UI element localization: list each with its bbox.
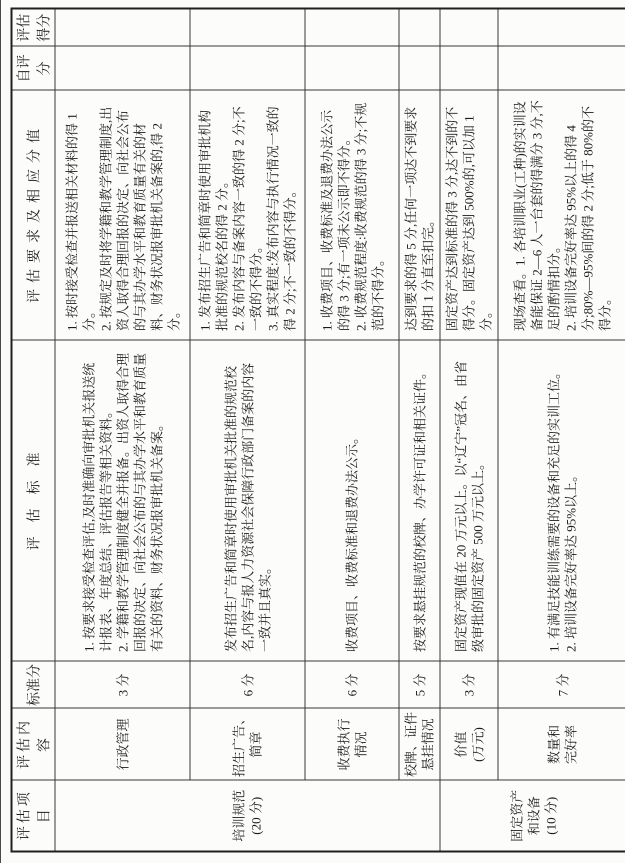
header-project: 评估项目 xyxy=(12,781,56,852)
score-cell: 5 分 xyxy=(399,662,440,709)
content-cell: 校牌、证件 悬挂情况 xyxy=(399,709,440,781)
table-row: 固定资产 和设备 (10 分) 价值 (万元) 3 分 固定资产现值在 20 万… xyxy=(440,9,498,852)
standard-cell: 固定资产现值在 20 万元以上。以“辽宁”冠名、由省级审批的固定资产 500 万… xyxy=(440,341,498,662)
self-score-cell xyxy=(55,47,190,91)
table-row: 收费执行 情况 6 分 收费项目、收费标准和退费办法公示。 1. 收费项目、收费… xyxy=(305,9,399,852)
standard-cell: 发布招生广告和简章时使用审批机关批准的规范校名,内容与报人力资源社会保障行政部门… xyxy=(190,341,305,662)
project-cell-fixed-assets: 固定资产 和设备 (10 分) xyxy=(440,781,625,852)
header-eval-score: 评估 得分 xyxy=(12,9,56,47)
standard-cell: 1. 按要求接受检查评估,及时准确向审批机关报送统计报表、年度总结、评估报告等相… xyxy=(55,341,190,662)
standard-cell: 收费项目、收费标准和退费办法公示。 xyxy=(305,341,399,662)
header-standard-score: 标准分 xyxy=(12,662,56,709)
content-cell: 数量和 完好率 xyxy=(498,709,625,781)
self-score-cell xyxy=(399,47,440,91)
requirement-cell: 1. 收费项目、收费标准及退费办法公示的得 3 分;有一项未公示即不得分。 2.… xyxy=(305,91,399,341)
score-cell: 7 分 xyxy=(498,662,625,709)
content-cell: 招生广告、 简章 xyxy=(190,709,305,781)
score-cell: 6 分 xyxy=(305,662,399,709)
requirement-cell: 1. 发布招生广告和简章时使用审批机构批准的规范校名的得 2 分。 2. 发布内… xyxy=(190,91,305,341)
content-cell: 收费执行 情况 xyxy=(305,709,399,781)
header-self-score: 自评分 xyxy=(12,47,56,91)
header-row: 评估项目 评估内容 标准分 评估标准 评估要求及相应分值 自评分 评估 得分 xyxy=(12,9,56,852)
content-cell: 行政管理 xyxy=(55,709,190,781)
self-score-cell xyxy=(190,47,305,91)
eval-score-cell xyxy=(498,9,625,47)
scan-edge-line xyxy=(0,0,1,863)
requirement-cell: 固定资产达到标准的得 3 分,达不到的不得分。固定资产达到 500%的,可以加 … xyxy=(440,91,498,341)
header-standard: 评估标准 xyxy=(12,341,56,662)
scanned-document-page: 评估项目 评估内容 标准分 评估标准 评估要求及相应分值 自评分 评估 得分 培… xyxy=(0,0,625,863)
requirement-cell: 现场查看。1. 各培训职业(工种)的实训设备能保证 2—6 人一台套的得满分 3… xyxy=(498,91,625,341)
rotated-table-container: 评估项目 评估内容 标准分 评估标准 评估要求及相应分值 自评分 评估 得分 培… xyxy=(11,10,621,853)
requirement-cell: 达到要求的得 5 分,任何一项达不到要求的扣 1 分直至扣完。 xyxy=(399,91,440,341)
eval-score-cell xyxy=(305,9,399,47)
eval-score-cell xyxy=(399,9,440,47)
standard-cell: 按要求悬挂规范的校牌、办学许可证和相关证件。 xyxy=(399,341,440,662)
standard-cell: 1. 有满足技能训练需要的设备和充足的实训工位。 2. 培训设备完好率达 95%… xyxy=(498,341,625,662)
requirement-cell: 1. 按时接受检查并报送相关材料的得 1 分。 2. 按规定及时将学籍和教学管理… xyxy=(55,91,190,341)
table-row: 数量和 完好率 7 分 1. 有满足技能训练需要的设备和充足的实训工位。 2. … xyxy=(498,9,625,852)
table-row: 培训规范 (20 分) 行政管理 3 分 1. 按要求接受检查评估,及时准确向审… xyxy=(55,9,190,852)
score-cell: 3 分 xyxy=(55,662,190,709)
content-cell: 价值 (万元) xyxy=(440,709,498,781)
eval-score-cell xyxy=(440,9,498,47)
eval-score-cell xyxy=(55,9,190,47)
evaluation-table: 评估项目 评估内容 标准分 评估标准 评估要求及相应分值 自评分 评估 得分 培… xyxy=(11,8,625,853)
project-cell-training-standards: 培训规范 (20 分) xyxy=(55,781,440,852)
header-content: 评估内容 xyxy=(12,709,56,781)
self-score-cell xyxy=(498,47,625,91)
eval-score-cell xyxy=(190,9,305,47)
score-cell: 3 分 xyxy=(440,662,498,709)
self-score-cell xyxy=(305,47,399,91)
score-cell: 6 分 xyxy=(190,662,305,709)
self-score-cell xyxy=(440,47,498,91)
table-row: 校牌、证件 悬挂情况 5 分 按要求悬挂规范的校牌、办学许可证和相关证件。 达到… xyxy=(399,9,440,852)
header-requirement: 评估要求及相应分值 xyxy=(12,91,56,341)
table-row: 招生广告、 简章 6 分 发布招生广告和简章时使用审批机关批准的规范校名,内容与… xyxy=(190,9,305,852)
